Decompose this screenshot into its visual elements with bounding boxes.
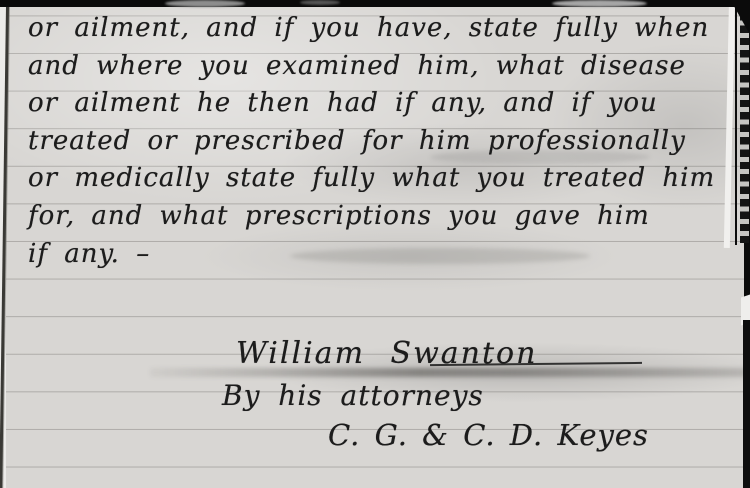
scanner-edge-blob: [552, 0, 647, 7]
handwritten-line: treated or prescribed for him profession…: [28, 123, 734, 161]
document-scan: or ailment, and if you have, state fully…: [0, 0, 750, 488]
adjacent-page-edge: [735, 5, 750, 245]
signature-name: William Swanton: [236, 336, 537, 371]
scanner-top-edge: [0, 0, 750, 7]
scanner-edge-blob: [165, 0, 245, 7]
handwritten-line: for, and what prescriptions you gave him: [28, 198, 734, 236]
handwritten-paragraph: or ailment, and if you have, state fully…: [28, 10, 734, 273]
handwritten-line: if any. –: [28, 236, 734, 274]
handwritten-line: and where you examined him, what disease: [28, 48, 734, 86]
scan-right-shadow: [743, 320, 750, 488]
handwritten-line: or medically state fully what you treate…: [28, 160, 734, 198]
handwritten-line: or ailment, and if you have, state fully…: [28, 10, 734, 48]
signature-attorneys: C. G. & C. D. Keyes: [328, 418, 649, 452]
signature-by-line: By his attorneys: [222, 379, 484, 412]
handwritten-line: or ailment he then had if any, and if yo…: [28, 85, 734, 123]
scanner-edge-blob: [300, 0, 340, 5]
